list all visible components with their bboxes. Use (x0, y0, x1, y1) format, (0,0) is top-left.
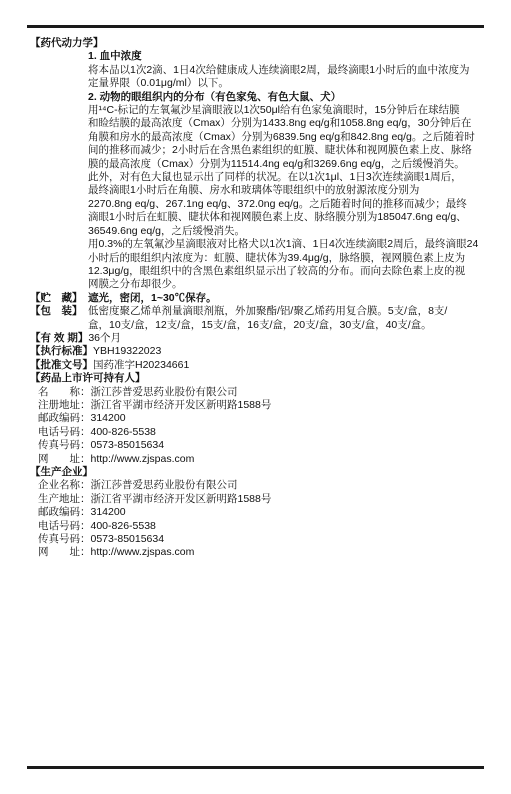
document-line: 和睑结膜的最高浓度（Cmax）分别为1433.8ng eq/g和1058.8ng… (30, 117, 492, 130)
field-label: 【贮 藏】 (30, 292, 88, 305)
field-label: 网 址： (38, 453, 91, 466)
document-line: 36549.6ng eq/g，之后缓慢消失。 (30, 225, 492, 238)
document-line: 【执行标准】YBH19322023 (30, 345, 492, 358)
field-value: 314200 (91, 506, 126, 518)
field-label: 电话号码： (38, 520, 91, 533)
document-line: 滴眼1小时后在虹膜、睫状体和视网膜色素上皮、脉络膜分别为185047.6ng e… (30, 211, 492, 224)
document-line: 传真号码：0573-85015634 (30, 439, 492, 452)
document-line: 2. 动物的眼组织内的分布（有色家兔、有色大鼠、犬） (30, 91, 492, 104)
document-line: 【批准文号】国药准字H20234661 (30, 359, 492, 372)
field-value: 低密度聚乙烯单剂量滴眼剂瓶，外加聚酯/铝/聚乙烯药用复合膜。5支/盒，8支/ (88, 305, 447, 317)
document-line: 【生产企业】 (30, 466, 492, 479)
field-value: 0573-85015634 (91, 533, 165, 545)
document-line: 膜的最高浓度（Cmax）分别为11514.4ng eq/g和3269.6ng e… (30, 158, 492, 171)
document-line: 【贮 藏】遮光，密闭，1~30℃保存。 (30, 292, 492, 305)
document-line: 【包 装】低密度聚乙烯单剂量滴眼剂瓶，外加聚酯/铝/聚乙烯药用复合膜。5支/盒，… (30, 305, 492, 318)
field-label: 生产地址： (38, 493, 91, 506)
document-line: 注册地址：浙江省平湖市经济开发区新明路1588号 (30, 399, 492, 412)
document-line: 【药品上市许可持有人】 (30, 372, 492, 385)
field-value: 国药准字H20234661 (93, 359, 189, 371)
field-label: 【执行标准】 (30, 345, 93, 358)
field-value: http://www.zjspas.com (91, 546, 195, 558)
document-line: 电话号码：400-826-5538 (30, 520, 492, 533)
field-value: 浙江省平湖市经济开发区新明路1588号 (91, 399, 272, 411)
document-body: 【药代动力学】1. 血中浓度将本品以1次2滴、1日4次给健康成人连续滴眼2周，最… (30, 37, 492, 560)
field-value: 浙江莎普爱思药业股份有限公司 (91, 479, 238, 491)
document-line: 2270.8ng eq/g、267.1ng eq/g、372.0ng eq/g。… (30, 198, 492, 211)
document-line: 小时后的眼组织内浓度为：虹膜、睫状体为39.4μg/g，脉络膜，视网膜色素上皮为 (30, 252, 492, 265)
document-line: 定量界限（0.01μg/ml）以下。 (30, 77, 492, 90)
bottom-divider (27, 766, 484, 769)
field-label: 【有 效 期】 (30, 332, 88, 345)
document-line: 网 址：http://www.zjspas.com (30, 546, 492, 559)
field-label: 名 称： (38, 386, 91, 399)
document-line: 用¹⁴C-标记的左氧氟沙星滴眼液以1次50μl给有色家兔滴眼时，15分钟后在球结… (30, 104, 492, 117)
document-line: 用0.3%的左氧氟沙星滴眼液对比格犬以1次1滴、1日4次连续滴眼2周后，最终滴眼… (30, 238, 492, 251)
document-line: 网膜之分布却很少。 (30, 278, 492, 291)
field-value: 遮光，密闭，1~30℃保存。 (88, 292, 217, 304)
document-line: 12.3μg/g，眼组织中的含黑色素组织显示出了较高的分布。而向去除色素上皮的视 (30, 265, 492, 278)
field-label: 邮政编码： (38, 412, 91, 425)
top-divider (27, 25, 484, 28)
document-line: 传真号码：0573-85015634 (30, 533, 492, 546)
field-value: 0573-85015634 (91, 439, 165, 451)
document-line: 邮政编码：314200 (30, 506, 492, 519)
document-line: 【药代动力学】 (30, 37, 492, 50)
field-value: http://www.zjspas.com (91, 453, 195, 465)
field-value: YBH19322023 (93, 345, 161, 357)
field-value: 314200 (91, 412, 126, 424)
document-line: 1. 血中浓度 (30, 50, 492, 63)
field-label: 【批准文号】 (30, 359, 93, 372)
document-line: 企业名称：浙江莎普爱思药业股份有限公司 (30, 479, 492, 492)
document-line: 盒，10支/盒，12支/盒，15支/盒，16支/盒，20支/盒，30支/盒，40… (30, 319, 492, 332)
document-line: 名 称：浙江莎普爱思药业股份有限公司 (30, 386, 492, 399)
field-label: 电话号码： (38, 426, 91, 439)
document-line: 角膜和房水的最高浓度（Cmax）分别为6839.5ng eq/g和842.8ng… (30, 131, 492, 144)
field-value: 400-826-5538 (91, 520, 156, 532)
document-line: 将本品以1次2滴、1日4次给健康成人连续滴眼2周，最终滴眼1小时后的血中浓度为 (30, 64, 492, 77)
field-value: 400-826-5538 (91, 426, 156, 438)
field-value: 浙江莎普爱思药业股份有限公司 (91, 386, 238, 398)
field-value: 36个月 (88, 332, 121, 344)
document-line: 【有 效 期】36个月 (30, 332, 492, 345)
document-line: 最终滴眼1小时后在角膜、房水和玻璃体等眼组织中的放射源浓度分别为 (30, 184, 492, 197)
field-label: 企业名称： (38, 479, 91, 492)
field-label: 邮政编码： (38, 506, 91, 519)
field-label: 【包 装】 (30, 305, 88, 318)
package-insert-page: 【药代动力学】1. 血中浓度将本品以1次2滴、1日4次给健康成人连续滴眼2周，最… (0, 0, 511, 794)
document-line: 邮政编码：314200 (30, 412, 492, 425)
document-line: 间的推移而减少；2小时后在含黑色素组织的虹膜、睫状体和视网膜色素上皮、脉络 (30, 144, 492, 157)
document-line: 电话号码：400-826-5538 (30, 426, 492, 439)
document-line: 生产地址：浙江省平湖市经济开发区新明路1588号 (30, 493, 492, 506)
field-value: 浙江省平湖市经济开发区新明路1588号 (91, 493, 272, 505)
document-line: 此外，对有色大鼠也显示出了同样的状况。在以1次1μl、1日3次连续滴眼1周后， (30, 171, 492, 184)
field-label: 传真号码： (38, 439, 91, 452)
field-label: 注册地址： (38, 399, 91, 412)
field-label: 传真号码： (38, 533, 91, 546)
document-line: 网 址：http://www.zjspas.com (30, 453, 492, 466)
field-label: 网 址： (38, 546, 91, 559)
